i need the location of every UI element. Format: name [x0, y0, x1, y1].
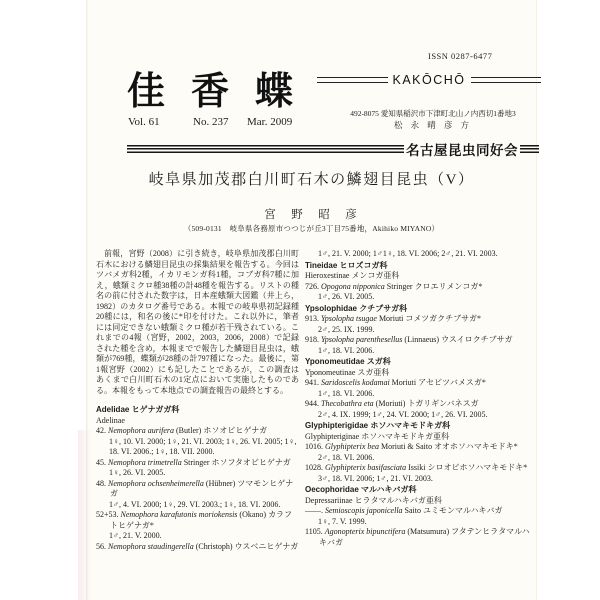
species-entry: 944. Thecobathra eta (Moriuti) トガリギンバネスガ — [305, 399, 531, 410]
journal-title-roman-row: KAKŌCHŌ — [317, 73, 541, 87]
species-entry: 45. Nemophora trimetrella Stringer ホソフタオ… — [96, 458, 299, 469]
record-line: 1♂, 21. V. 2000. — [96, 531, 299, 542]
species-entry: 42. Nemophora aurifera (Butler) ホソオビヒゲナガ — [96, 426, 299, 437]
subfamily-heading: Glyphipteriginae ホソハマキモドキガ亜科 — [305, 432, 531, 443]
scan-edge-artifact — [78, 430, 92, 600]
society-banner: 名古屋昆虫同好会 — [127, 139, 539, 159]
record-line: 2♂, 4. IX. 1999; 1♂, 24. VI. 2000; 1♂, 2… — [305, 410, 531, 421]
article-affiliation: （509-0131 岐阜県各務原市つつじが丘3丁目75番地，Akihiko MI… — [86, 223, 537, 234]
family-heading: Ypsolophidae クチブサガ科 — [305, 304, 531, 315]
date-label: Mar. 2009 — [247, 116, 292, 128]
society-address: 492-8075 愛知県稲沢市下津町北山ノ内西切1番地3 — [330, 108, 536, 119]
record-line: 1♂, 18. VI. 2006. — [305, 389, 531, 400]
family-heading: Tineidae ヒロズコガ科 — [305, 261, 531, 272]
record-line: 1♂, 21. V. 2000; 1♂1♀, 18. VI. 2006; 2♂,… — [305, 249, 531, 260]
society-name: 名古屋昆虫同好会 — [404, 139, 520, 159]
family-heading: Yponomeutidae スガ科 — [305, 357, 531, 368]
subfamily-heading: Depressariinae ヒラタマルハキバガ亜科 — [305, 496, 531, 507]
record-line: 1♂, 26. VI. 2005. — [305, 292, 531, 303]
record-line: 2♂, 18. VI. 2006. — [305, 453, 531, 464]
species-entry: 1028. Glyphipterix basifasciata Issiki シ… — [305, 463, 531, 474]
family-heading: Glyphipterigidae ホソハマキモドキガ科 — [305, 421, 531, 432]
society-care-of: 松 永 晴 彦 方 — [330, 119, 536, 131]
species-entry: ——. Semioscopis japonicella Saito ユミモンマル… — [305, 506, 531, 517]
issue-label: No. 237 — [193, 116, 228, 128]
subfamily-heading: Adelinae — [96, 416, 299, 427]
left-species-list: Adelidae ヒゲナガガ科Adelinae42. Nemophora aur… — [96, 405, 299, 552]
article-author: 宮 野 昭 彦 — [86, 206, 537, 222]
species-entry: 52+53. Nemophora karafutonis moriokensis… — [96, 510, 299, 531]
journal-title-kanji: 佳香蝶 — [127, 60, 319, 115]
double-rule-right — [471, 77, 542, 84]
species-entry: 48. Nemophora ochsenheimerella (Hübner) … — [96, 479, 299, 500]
record-line: 1♀, 10. VI. 2000; 1♀, 21. VI. 2003; 1♀, … — [96, 437, 299, 458]
introduction-paragraph: 前報，宮野（2008）に引き続き，岐阜県加茂郡白川町石木における鱗翅目昆虫の採集… — [96, 249, 299, 396]
record-line: 1♀, 7. V. 1999. — [305, 517, 531, 528]
species-entry: 918. Ypsolopha parenthesellus (Linnaeus)… — [305, 335, 531, 346]
record-line: 1♂, 4. VI. 2000; 1♀, 29. VI. 2003.; 1♀, … — [96, 500, 299, 511]
species-entry: 56. Nemophora staudingerella (Christoph)… — [96, 542, 299, 553]
volume-label: Vol. 61 — [128, 116, 160, 128]
subfamily-heading: Hieroxestinae メンコガ亜科 — [305, 271, 531, 282]
record-line: 2♂, 25. IX. 1999. — [305, 325, 531, 336]
record-line: 1♀, 26. VI. 2005. — [96, 468, 299, 479]
family-heading: Oecophoridae マルハキバガ科 — [305, 485, 531, 496]
triple-rule-right — [520, 145, 539, 153]
species-entry: 913. Ypsolopha tsugae Moriuti コメツガクチブサガ* — [305, 314, 531, 325]
family-heading: Adelidae ヒゲナガガ科 — [96, 405, 299, 416]
double-rule-left — [317, 77, 388, 84]
article-title: 岐阜県加茂郡白川町石木の鱗翅目昆虫（V） — [86, 168, 537, 189]
species-entry: 726. Opogona nipponica Stringer クロエリメンコガ… — [305, 282, 531, 293]
record-line: 3♂, 18. VI. 2006; 1♂, 21. VI. 2003. — [305, 474, 531, 485]
left-column: 前報，宮野（2008）に引き続き，岐阜県加茂郡白川町石木における鱗翅目昆虫の採集… — [96, 249, 299, 552]
species-entry: 1016. Glyphipterix bea Moriuti & Saito オ… — [305, 442, 531, 453]
species-entry: 941. Saridoscelis kodamai Moriuti アセビツバメ… — [305, 378, 531, 389]
issn-number: ISSN 0287-6477 — [428, 51, 492, 61]
record-line: 1♂, 18. VI. 2006. — [305, 346, 531, 357]
subfamily-heading: Yponomeutinae スガ亜科 — [305, 368, 531, 379]
triple-rule-left — [127, 145, 404, 153]
species-entry: 1105. Agonopterix bipunctifera (Matsumur… — [305, 527, 531, 548]
right-species-list: 1♂, 21. V. 2000; 1♂1♀, 18. VI. 2006; 2♂,… — [305, 249, 531, 548]
right-column: 1♂, 21. V. 2000; 1♂1♀, 18. VI. 2006; 2♂,… — [305, 249, 531, 548]
scanned-journal-page: { "page": { "issn": "ISSN 0287-6477", "j… — [0, 0, 600, 600]
journal-title-roman: KAKŌCHŌ — [388, 73, 471, 87]
